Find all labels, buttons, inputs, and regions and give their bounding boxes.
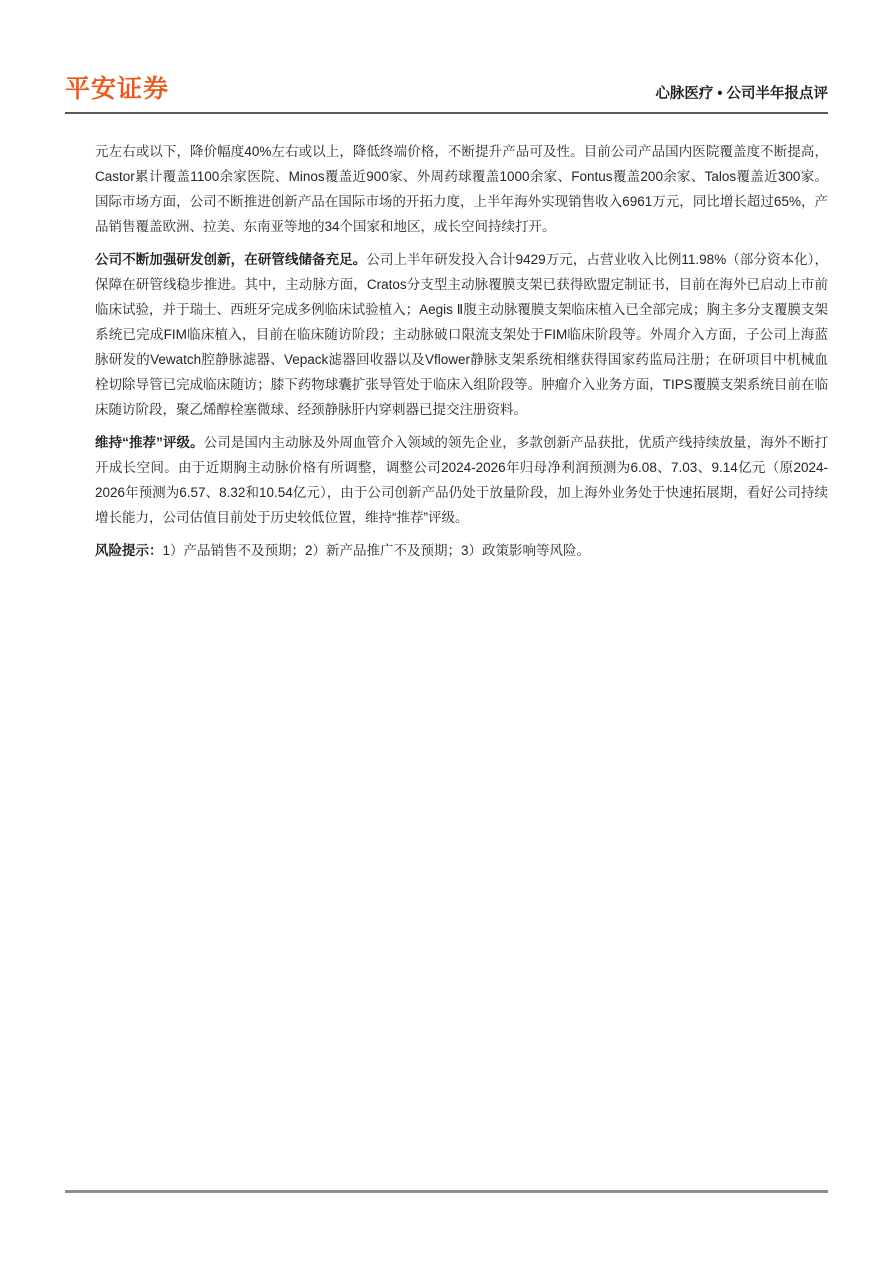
paragraph-rnd-pipeline: 公司不断加强研发创新，在研管线储备充足。公司上半年研发投入合计9429万元，占营… — [95, 247, 828, 422]
pingan-securities-logo: 平安证券 — [65, 75, 169, 103]
report-header-title: 心脉医疗 • 公司半年报点评 — [655, 85, 828, 103]
header-divider — [65, 112, 828, 114]
paragraph-market-coverage: 元左右或以下，降价幅度40%左右或以上，降低终端价格，不断提升产品可及性。目前公… — [95, 139, 828, 239]
paragraph-rating: 维持“推荐”评级。公司是国内主动脉及外周血管介入领域的领先企业，多款创新产品获批… — [95, 430, 828, 530]
footer-divider — [65, 1190, 828, 1193]
report-page: 平安证券 心脉医疗 • 公司半年报点评 元左右或以下，降价幅度40%左右或以上，… — [0, 0, 893, 1261]
paragraph-lead: 公司不断加强研发创新，在研管线储备充足。 — [95, 252, 366, 267]
paragraph-lead: 风险提示： — [95, 543, 163, 558]
paragraph-text: 公司是国内主动脉及外周血管介入领域的领先企业，多款创新产品获批，优质产线持续放量… — [95, 435, 828, 525]
paragraph-lead: 维持“推荐”评级。 — [95, 435, 204, 450]
report-body: 元左右或以下，降价幅度40%左右或以上，降低终端价格，不断提升产品可及性。目前公… — [95, 139, 828, 571]
paragraph-text: 公司上半年研发投入合计9429万元，占营业收入比例11.98%（部分资本化），保… — [95, 252, 828, 417]
paragraph-risk-warning: 风险提示：1）产品销售不及预期；2）新产品推广不及预期；3）政策影响等风险。 — [95, 538, 828, 563]
paragraph-text: 元左右或以下，降价幅度40%左右或以上，降低终端价格，不断提升产品可及性。目前公… — [95, 144, 828, 234]
paragraph-text: 1）产品销售不及预期；2）新产品推广不及预期；3）政策影响等风险。 — [163, 543, 591, 558]
